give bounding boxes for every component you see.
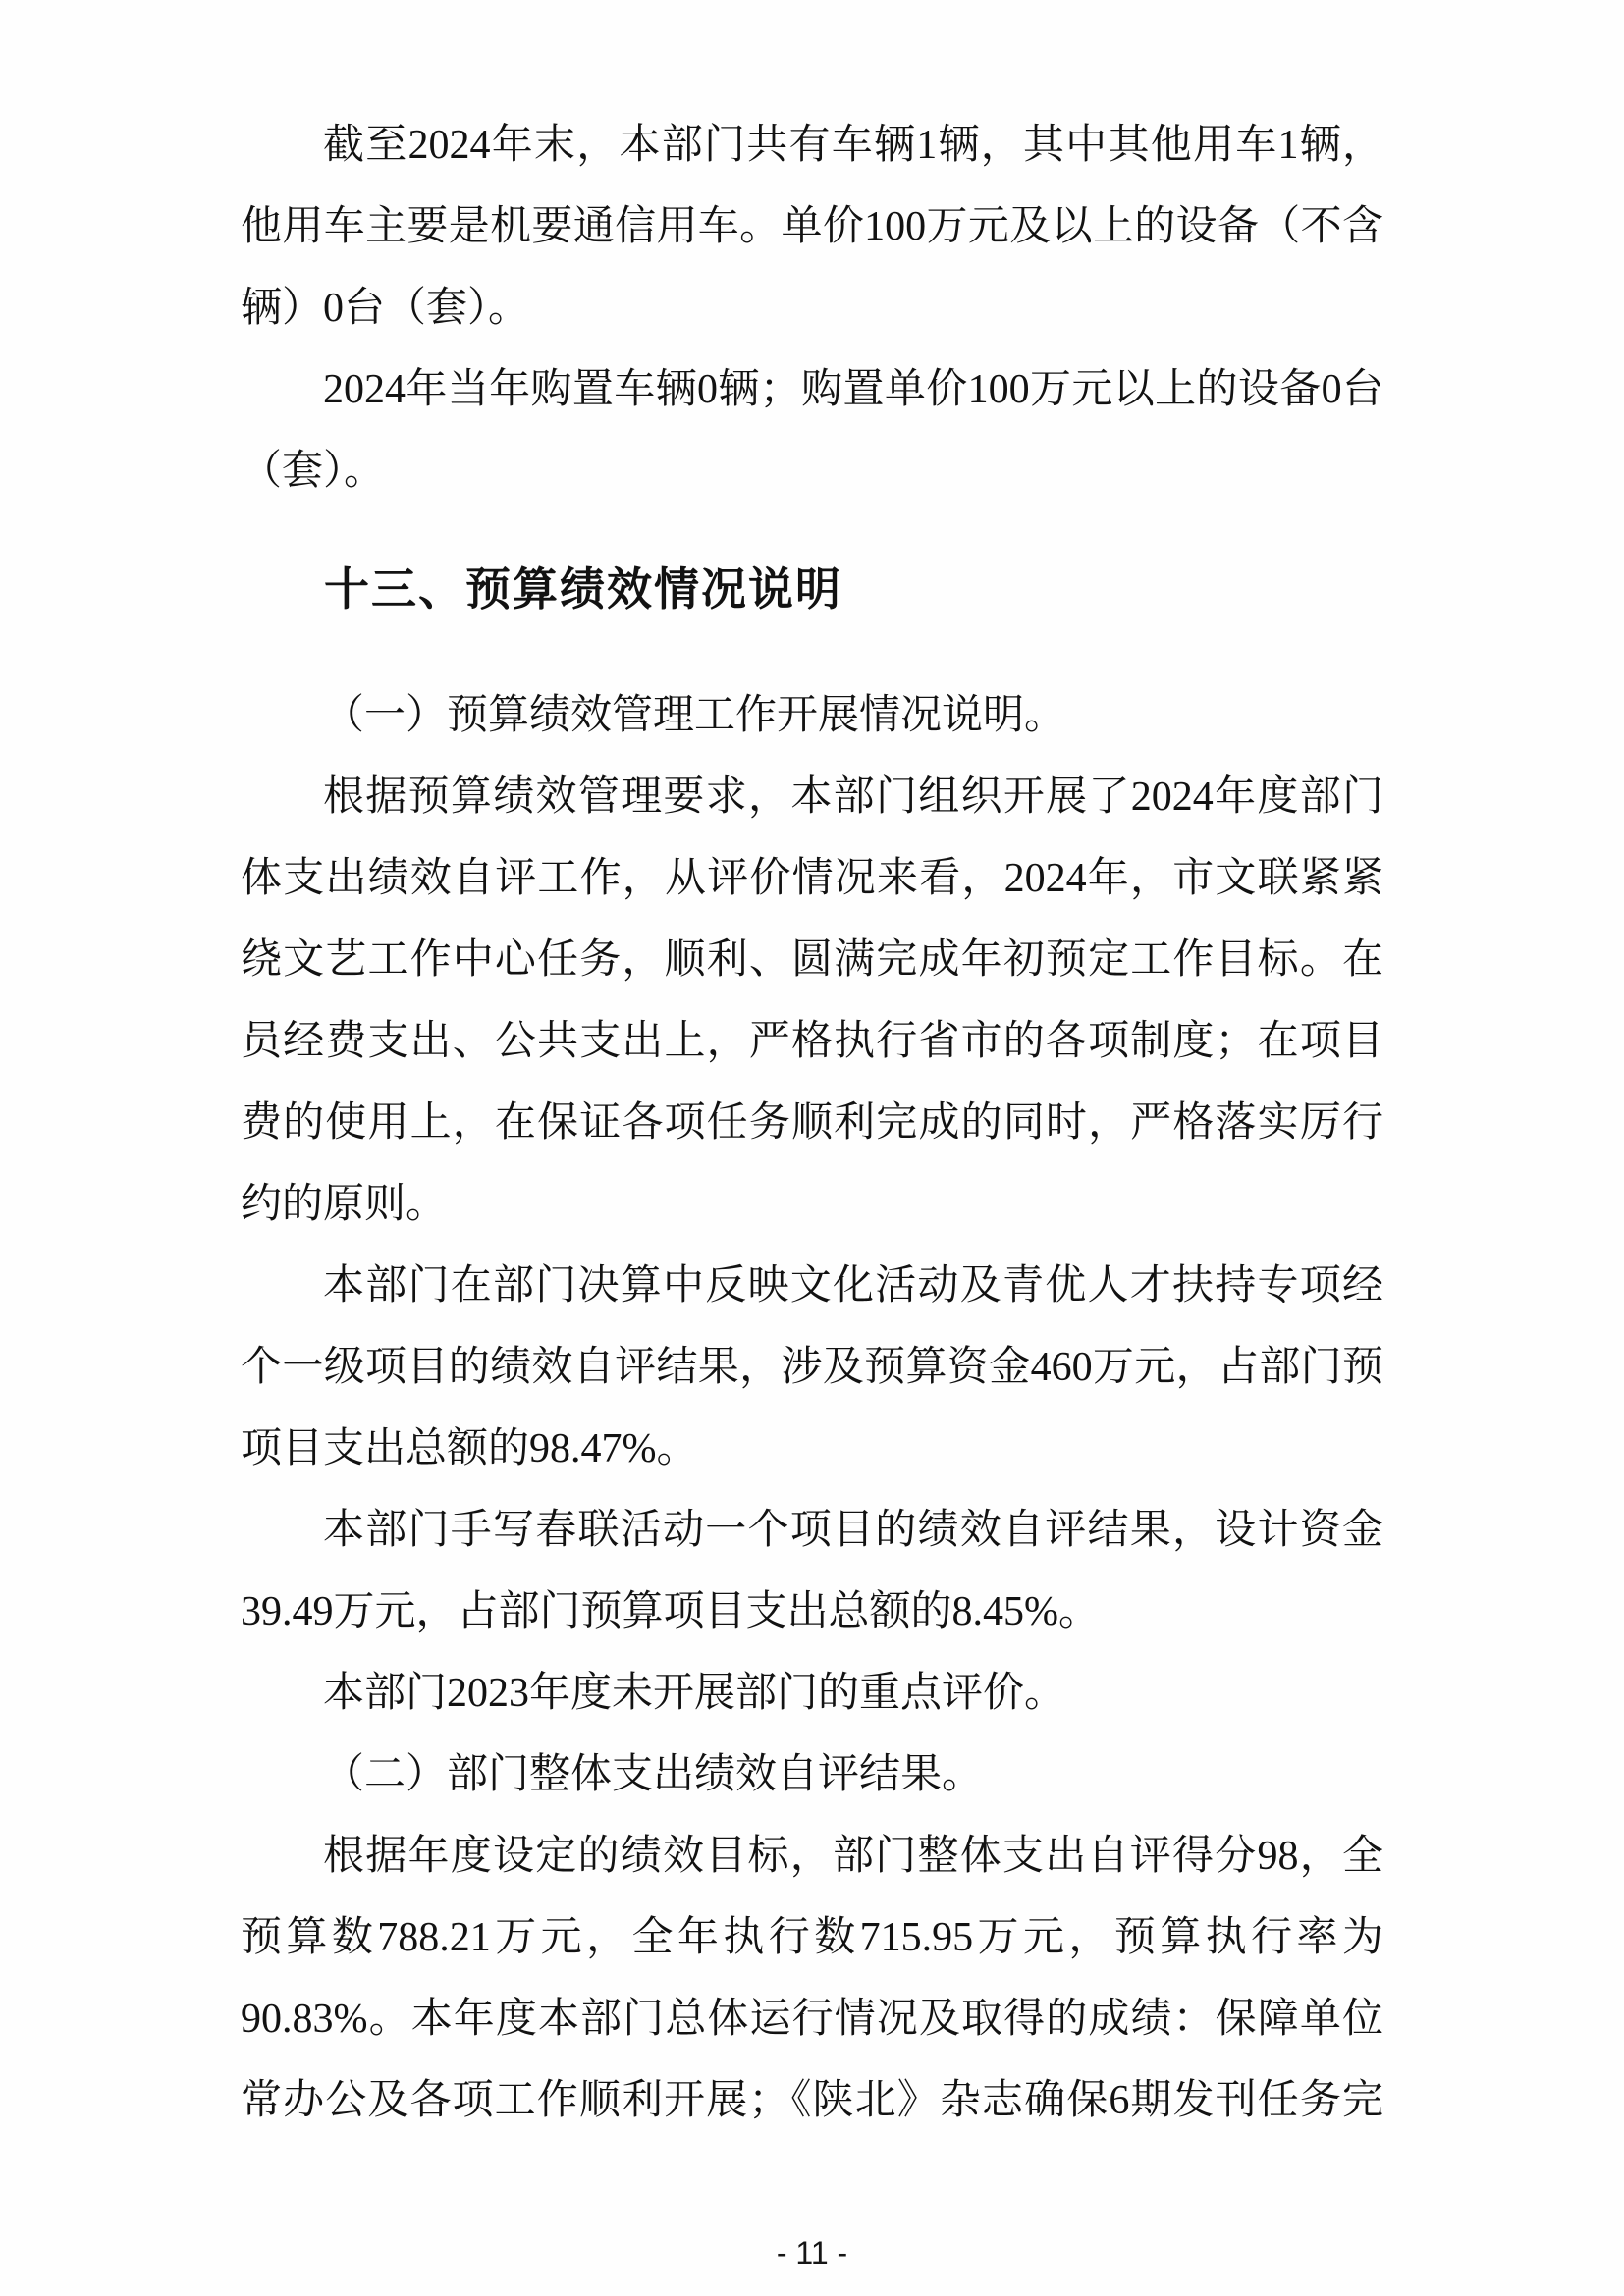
text-line: 辆）0台（套）。 — [241, 268, 1383, 349]
text-line: 本部门在部门决算中反映文化活动及青优人才扶持专项经费1 — [241, 1246, 1383, 1327]
text-line: 绕文艺工作中心任务，顺利、圆满完成年初预定工作目标。在人 — [241, 920, 1383, 1001]
text-line: 项目支出总额的98.47%。 — [241, 1409, 1383, 1490]
text-line: 他用车主要是机要通信用车。单价100万元及以上的设备（不含车 — [241, 187, 1383, 268]
paragraph: 截至2024年末，本部门共有车辆1辆，其中其他用车1辆，其他用车主要是机要通信用… — [241, 105, 1383, 349]
paragraph: 根据年度设定的绩效目标，部门整体支出自评得分98，全年预算数788.21万元，全… — [241, 1816, 1383, 2142]
text-line: 本部门2023年度未开展部门的重点评价。 — [241, 1653, 1383, 1735]
text-line: 员经费支出、公共支出上，严格执行省市的各项制度；在项目经 — [241, 1001, 1383, 1083]
text-line: 截至2024年末，本部门共有车辆1辆，其中其他用车1辆，其 — [241, 105, 1383, 187]
paragraph: 2024年当年购置车辆0辆；购置单价100万元以上的设备0台（套）。 — [241, 349, 1383, 512]
paragraph: 根据预算绩效管理要求，本部门组织开展了2024年度部门整体支出绩效自评工作，从评… — [241, 757, 1383, 1246]
text-line: 约的原则。 — [241, 1164, 1383, 1246]
text-line: 个一级项目的绩效自评结果，涉及预算资金460万元，占部门预算 — [241, 1327, 1383, 1409]
document-page: 截至2024年末，本部门共有车辆1辆，其中其他用车1辆，其他用车主要是机要通信用… — [0, 0, 1624, 2296]
section-heading: 十三、预算绩效情况说明 — [241, 549, 1383, 630]
text-line: （二）部门整体支出绩效自评结果。 — [241, 1735, 1383, 1816]
text-line: 90.83%。本年度本部门总体运行情况及取得的成绩：保障单位正 — [241, 1979, 1383, 2060]
text-line: 预算数788.21万元，全年执行数715.95万元，预算执行率为 — [241, 1897, 1383, 1979]
text-line: 2024年当年购置车辆0辆；购置单价100万元以上的设备0台 — [241, 349, 1383, 431]
text-line: 根据年度设定的绩效目标，部门整体支出自评得分98，全年 — [241, 1816, 1383, 1897]
text-line: 体支出绩效自评工作，从评价情况来看，2024年，市文联紧紧围 — [241, 838, 1383, 920]
text-line: （套）。 — [241, 431, 1383, 512]
paragraph: 本部门2023年度未开展部门的重点评价。 — [241, 1653, 1383, 1735]
text-line: 39.49万元，占部门预算项目支出总额的8.45%。 — [241, 1572, 1383, 1653]
paragraph: 本部门手写春联活动一个项目的绩效自评结果，设计资金39.49万元，占部门预算项目… — [241, 1490, 1383, 1653]
text-line: 十三、预算绩效情况说明 — [241, 549, 1383, 630]
text-line: 根据预算绩效管理要求，本部门组织开展了2024年度部门整 — [241, 757, 1383, 838]
document-body: 截至2024年末，本部门共有车辆1辆，其中其他用车1辆，其他用车主要是机要通信用… — [241, 105, 1383, 2142]
text-line: （一）预算绩效管理工作开展情况说明。 — [241, 675, 1383, 757]
text-line: 常办公及各项工作顺利开展；《陕北》杂志确保6期发刊任务完 — [241, 2060, 1383, 2142]
paragraph: （二）部门整体支出绩效自评结果。 — [241, 1735, 1383, 1816]
paragraph: （一）预算绩效管理工作开展情况说明。 — [241, 675, 1383, 757]
paragraph: 本部门在部门决算中反映文化活动及青优人才扶持专项经费1个一级项目的绩效自评结果，… — [241, 1246, 1383, 1490]
text-line: 本部门手写春联活动一个项目的绩效自评结果，设计资金 — [241, 1490, 1383, 1572]
text-line: 费的使用上，在保证各项任务顺利完成的同时，严格落实厉行节 — [241, 1083, 1383, 1164]
page-number: - 11 - — [0, 2226, 1624, 2279]
